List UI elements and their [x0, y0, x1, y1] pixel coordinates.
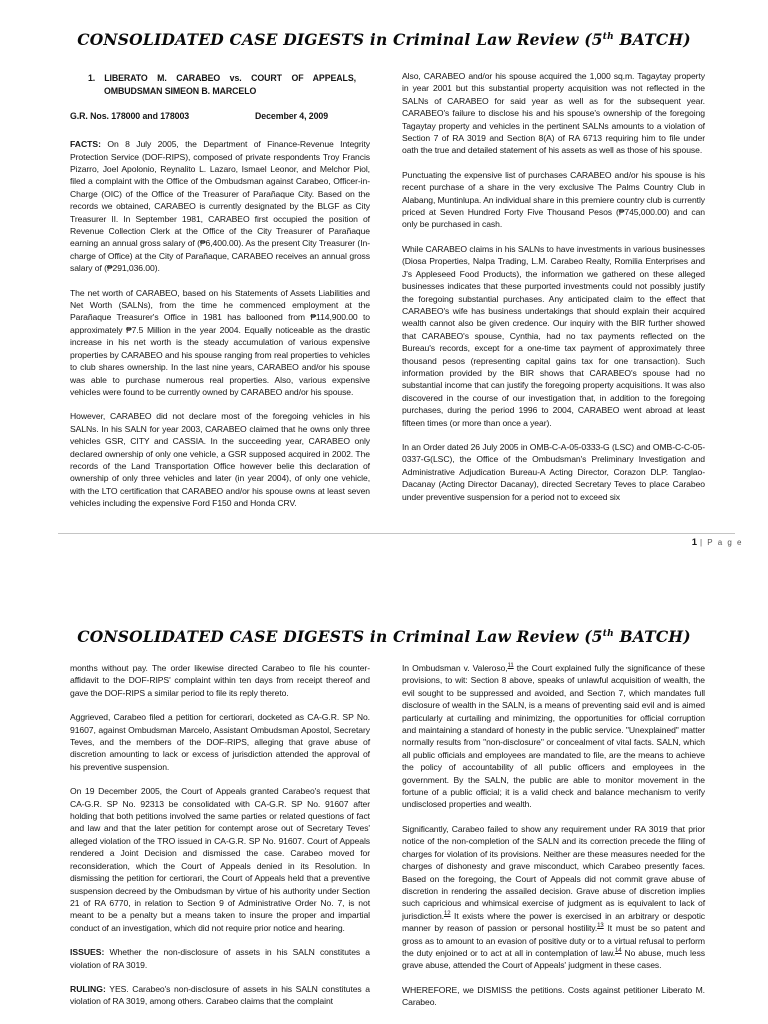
case-number: 1.	[88, 73, 95, 83]
document-title-ordinal: th	[603, 629, 614, 639]
page-footer-label: | P a g e	[700, 538, 743, 547]
page-1: CONSOLIDATED CASE DIGESTS in Criminal La…	[0, 0, 768, 612]
page-footer: 1| P a g e	[692, 537, 743, 548]
document-title-text-end: BATCH)	[614, 30, 691, 49]
paragraph: Punctuating the expensive list of purcha…	[402, 169, 705, 231]
paragraph: Significantly, Carabeo failed to show an…	[402, 823, 705, 972]
paragraph: While CARABEO claims in his SALNs to hav…	[402, 243, 705, 429]
paragraph-label: FACTS:	[70, 139, 101, 149]
document-title-page2: CONSOLIDATED CASE DIGESTS in Criminal La…	[0, 627, 768, 646]
page2-columns: months without pay. The order likewise d…	[70, 662, 705, 1021]
paragraph: The net worth of CARABEO, based on his S…	[70, 287, 370, 399]
paragraph-label: ISSUES:	[70, 947, 104, 957]
document-title-ordinal: th	[603, 32, 614, 42]
footer-rule	[58, 533, 735, 534]
paragraph: ISSUES: Whether the non-disclosure of as…	[70, 946, 370, 971]
page2-right-column: In Ombudsman v. Valeroso,11 the Court ex…	[402, 662, 705, 1021]
document-viewer-canvas: { "doc_title": { "pre": "CONSOLIDATED CA…	[0, 0, 768, 1024]
paragraph: Also, CARABEO and/or his spouse acquired…	[402, 70, 705, 157]
paragraph: In an Order dated 26 July 2005 in OMB-C-…	[402, 441, 705, 503]
footnote-ref: 14	[615, 948, 622, 954]
decision-date: December 4, 2009	[255, 110, 328, 122]
citation-line: G.R. Nos. 178000 and 178003 December 4, …	[70, 110, 370, 122]
footnote-ref: 13	[597, 923, 604, 929]
page1-left-body: FACTS: On 8 July 2005, the Department of…	[70, 138, 370, 509]
footnote-ref: 11	[508, 663, 514, 669]
page2-left-column: months without pay. The order likewise d…	[70, 662, 370, 1021]
gr-numbers: G.R. Nos. 178000 and 178003	[70, 111, 189, 121]
page1-columns: 1.LIBERATO M. CARABEO vs. COURT OF APPEA…	[70, 70, 705, 522]
paragraph: On 19 December 2005, the Court of Appeal…	[70, 785, 370, 934]
page-number: 1	[692, 537, 697, 548]
paragraph: Aggrieved, Carabeo filed a petition for …	[70, 711, 370, 773]
paragraph-label: RULING:	[70, 984, 106, 994]
paragraph: WHEREFORE, we DISMISS the petitions. Cos…	[402, 984, 705, 1009]
document-title-text: CONSOLIDATED CASE DIGESTS in Criminal La…	[77, 30, 603, 49]
footnote-ref: 12	[444, 911, 451, 917]
paragraph: In Ombudsman v. Valeroso,11 the Court ex…	[402, 662, 705, 811]
page1-left-column: 1.LIBERATO M. CARABEO vs. COURT OF APPEA…	[70, 70, 370, 522]
document-title-text: CONSOLIDATED CASE DIGESTS in Criminal La…	[77, 627, 603, 646]
page-2: CONSOLIDATED CASE DIGESTS in Criminal La…	[0, 612, 768, 1024]
paragraph: RULING: YES. Carabeo's non-disclosure of…	[70, 983, 370, 1008]
document-title-text-end: BATCH)	[614, 627, 691, 646]
page1-right-column: Also, CARABEO and/or his spouse acquired…	[402, 70, 705, 522]
paragraph: FACTS: On 8 July 2005, the Department of…	[70, 138, 370, 274]
paragraph: However, CARABEO did not declare most of…	[70, 410, 370, 509]
case-heading: 1.LIBERATO M. CARABEO vs. COURT OF APPEA…	[88, 72, 356, 97]
document-title: CONSOLIDATED CASE DIGESTS in Criminal La…	[0, 30, 768, 49]
paragraph: months without pay. The order likewise d…	[70, 662, 370, 699]
case-title: LIBERATO M. CARABEO vs. COURT OF APPEALS…	[104, 73, 356, 96]
